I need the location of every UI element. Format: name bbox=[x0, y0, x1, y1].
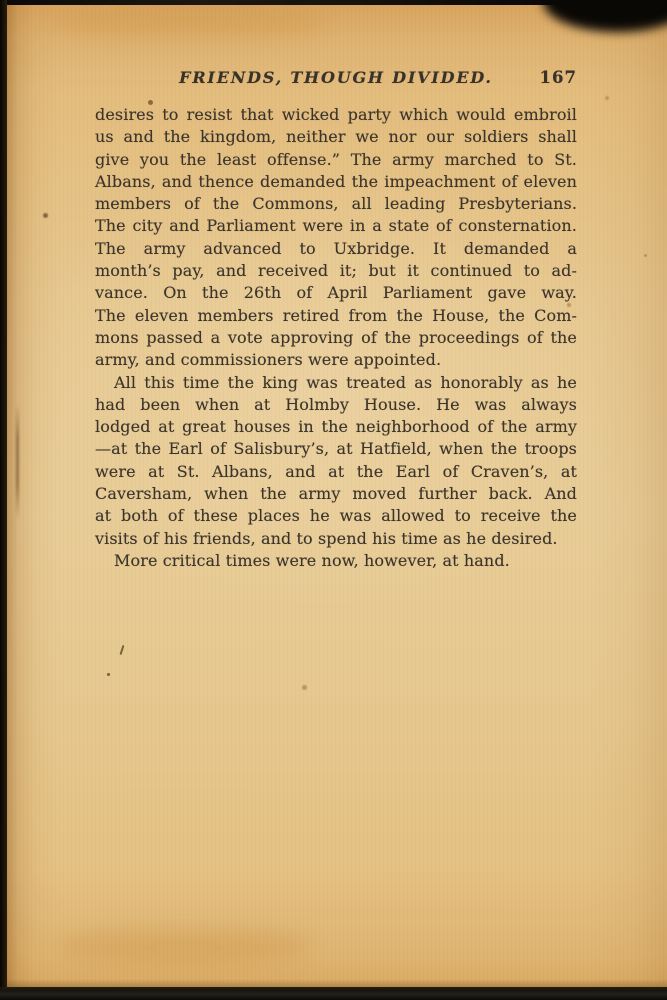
text-line: mons passed a vote approving of the proc… bbox=[95, 327, 577, 349]
paragraph: All this time the king was treated as ho… bbox=[95, 372, 577, 550]
paper-speck bbox=[302, 685, 307, 690]
running-title: FRIENDS, THOUGH DIVIDED. bbox=[95, 68, 577, 87]
text-line: members of the Commons, all leading Pres… bbox=[95, 193, 577, 215]
text-line: The army advanced to Uxbridge. It demand… bbox=[95, 238, 577, 260]
text-line: give you the least offense.” The army ma… bbox=[95, 149, 577, 171]
paper-speck bbox=[43, 213, 48, 218]
paragraph: desires to resist that wicked party whic… bbox=[95, 104, 577, 372]
text-line: visits of his friends, and to spend his … bbox=[95, 528, 577, 550]
page-paper: FRIENDS, THOUGH DIVIDED. 167 desires to … bbox=[7, 4, 667, 987]
page-edge-crease bbox=[16, 404, 19, 519]
scan-edge-bottom bbox=[0, 987, 667, 1000]
text-line: army, and commissioners were appointed. bbox=[95, 349, 577, 371]
text-line: Caversham, when the army moved further b… bbox=[95, 483, 577, 505]
page-number: 167 bbox=[540, 68, 577, 87]
text-line: us and the kingdom, neither we nor our s… bbox=[95, 126, 577, 148]
text-line: had been when at Holmby House. He was al… bbox=[95, 394, 577, 416]
body-text: desires to resist that wicked party whic… bbox=[95, 104, 577, 572]
text-line: —at the Earl of Salisbury’s, at Hatfield… bbox=[95, 438, 577, 460]
scan-edge-left bbox=[0, 0, 7, 1000]
scanned-book-page: FRIENDS, THOUGH DIVIDED. 167 desires to … bbox=[0, 0, 667, 1000]
text-line: Albans, and thence demanded the impeachm… bbox=[95, 171, 577, 193]
paper-speck bbox=[644, 254, 647, 257]
text-line: More critical times were now, however, a… bbox=[95, 550, 577, 572]
text-line: All this time the king was treated as ho… bbox=[95, 372, 577, 394]
paper-speck bbox=[107, 673, 110, 676]
text-line: at both of these places he was allowed t… bbox=[95, 505, 577, 527]
text-line: lodged at great houses in the neighborho… bbox=[95, 416, 577, 438]
paragraph: More critical times were now, however, a… bbox=[95, 550, 577, 572]
scan-band-bottom bbox=[59, 929, 309, 965]
paper-speck bbox=[605, 96, 609, 100]
text-line: desires to resist that wicked party whic… bbox=[95, 104, 577, 126]
text-line: vance. On the 26th of April Parliament g… bbox=[95, 282, 577, 304]
text-line: were at St. Albans, and at the Earl of C… bbox=[95, 461, 577, 483]
scan-band-top bbox=[55, 8, 325, 40]
text-line: month’s pay, and received it; but it con… bbox=[95, 260, 577, 282]
running-header: FRIENDS, THOUGH DIVIDED. 167 bbox=[95, 68, 577, 92]
text-line: The eleven members retired from the Hous… bbox=[95, 305, 577, 327]
paper-speck bbox=[120, 645, 125, 655]
text-line: The city and Parliament were in a state … bbox=[95, 215, 577, 237]
